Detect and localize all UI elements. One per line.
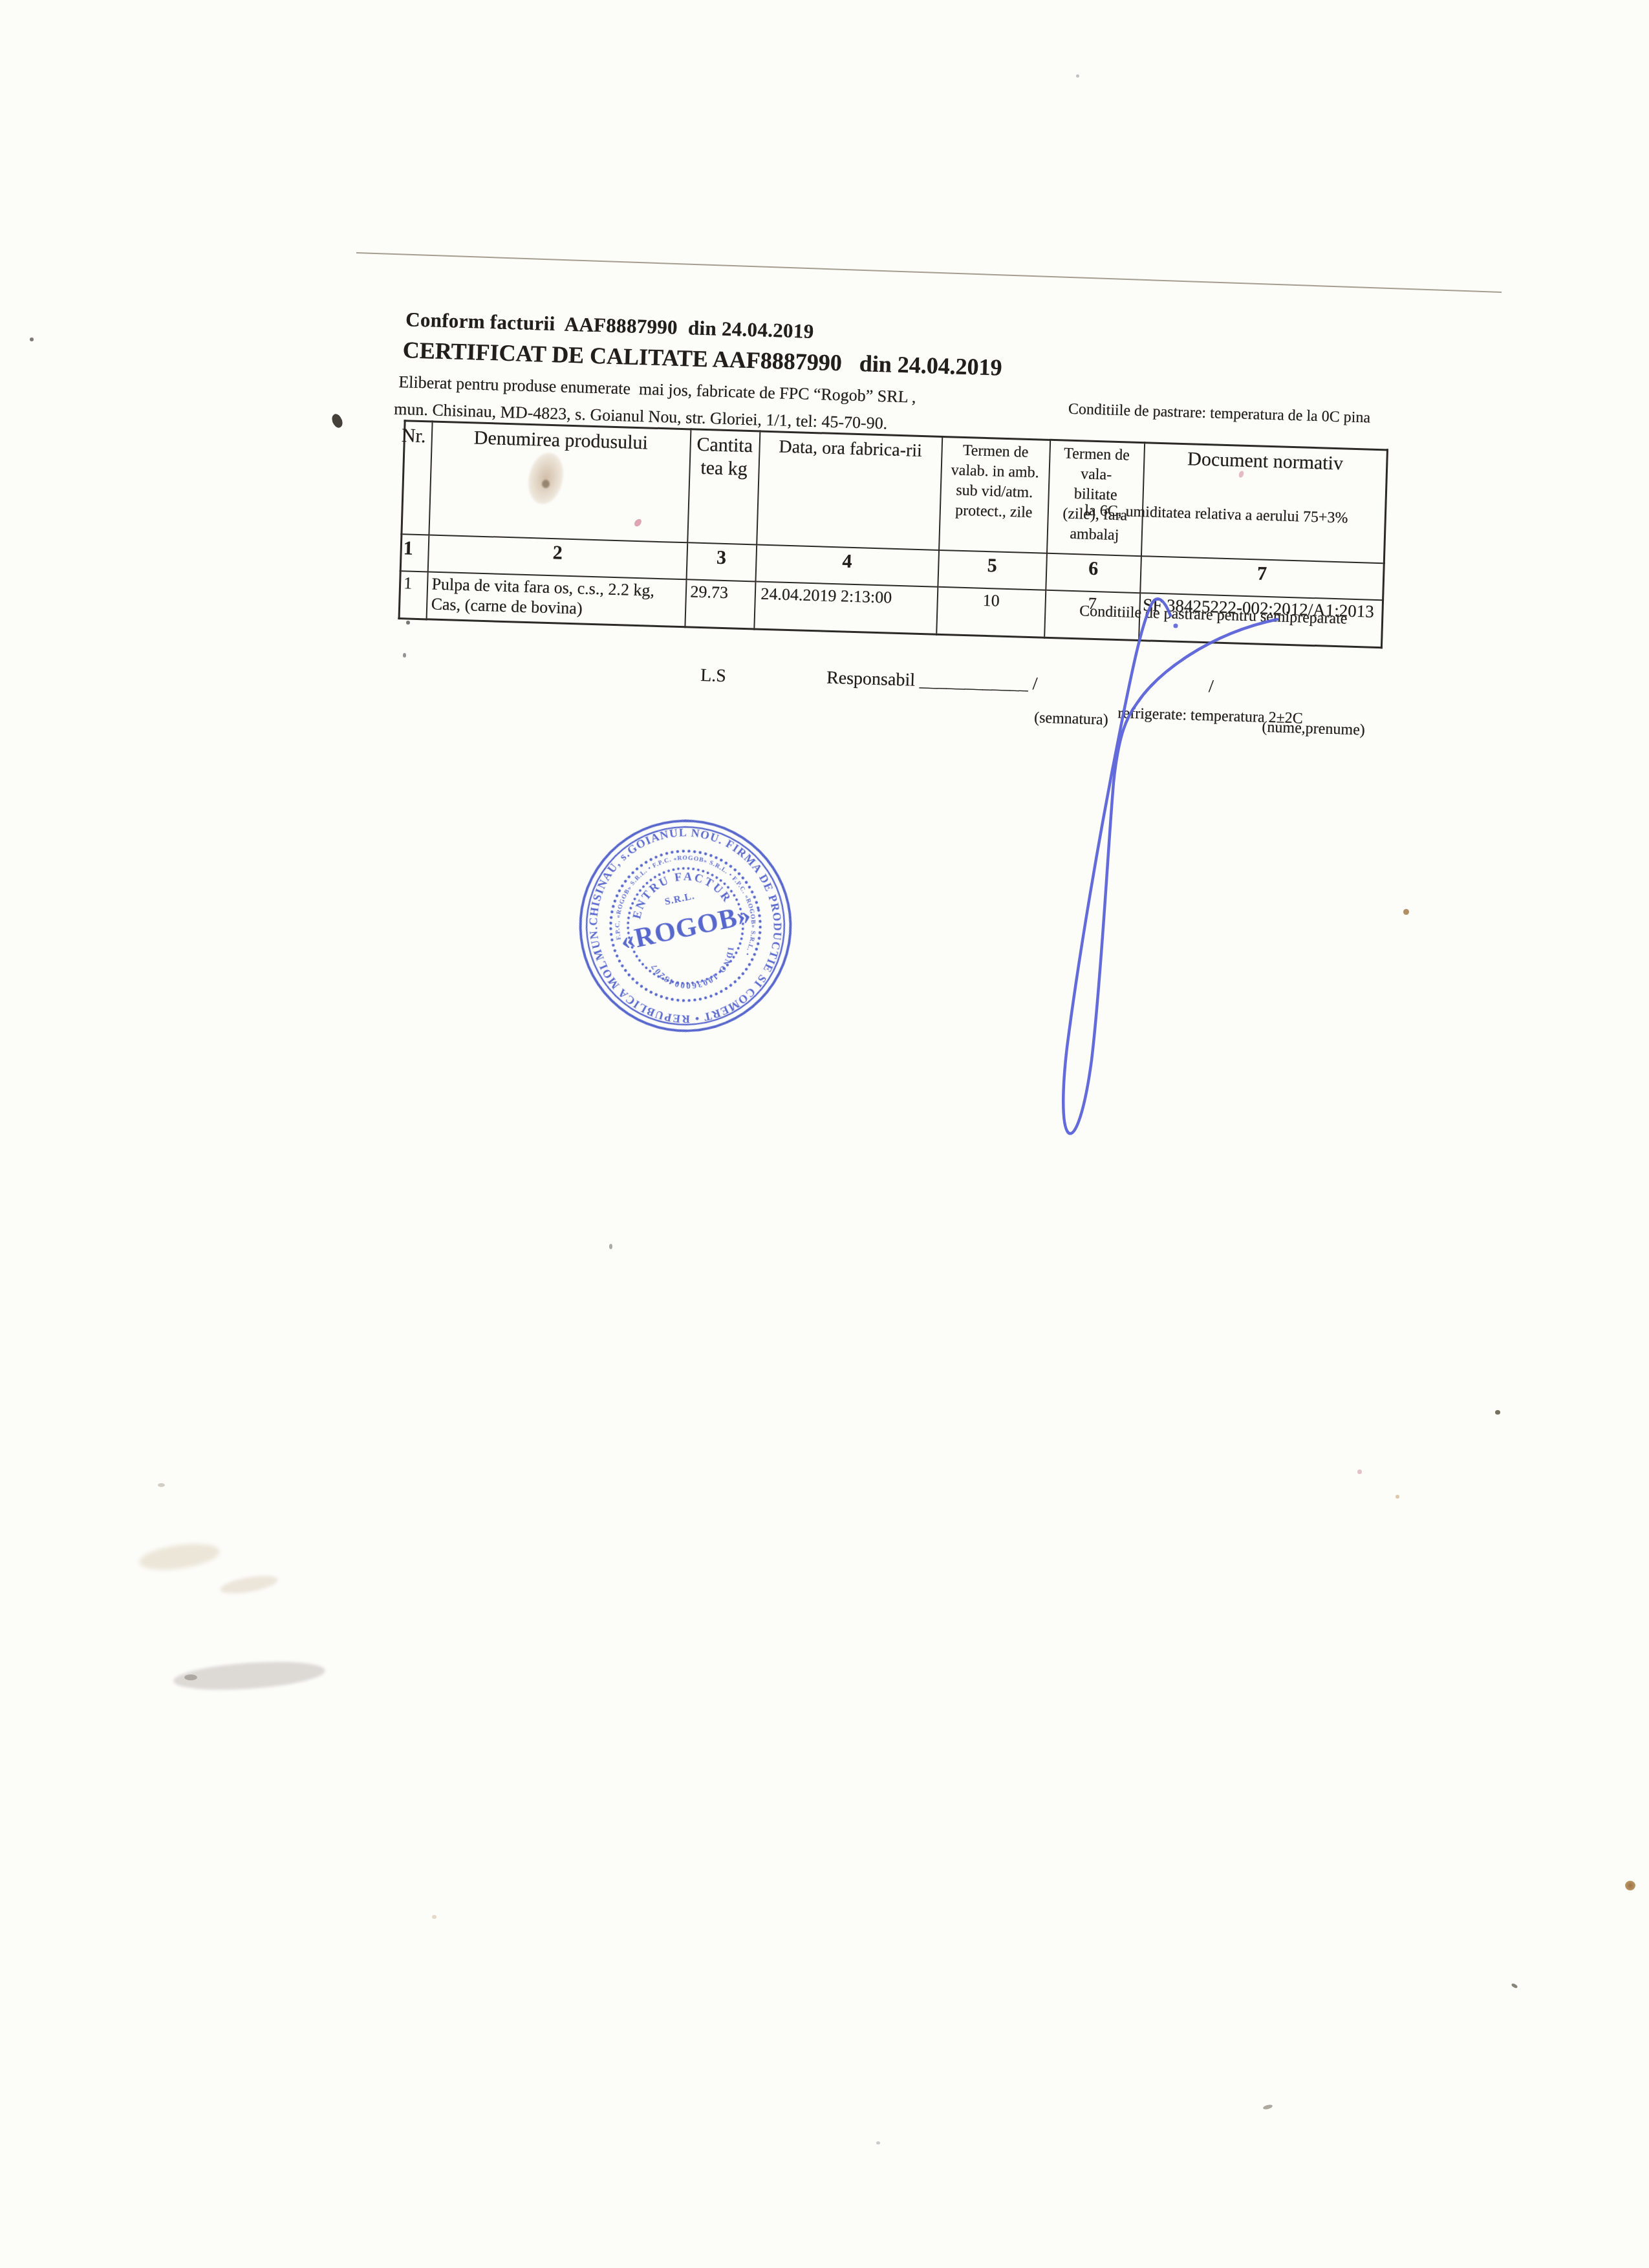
- pink-speck-3: [1357, 1470, 1362, 1474]
- cell-term-vacuum: 10: [936, 586, 1046, 637]
- dark-tick-2: [1511, 1983, 1518, 1989]
- left-edge-dot: [30, 337, 34, 341]
- certificate-title-line: CERTIFICAT DE CALITATE AAF8887990 din 24…: [402, 336, 1002, 381]
- semnatura-label: (semnatura): [1009, 709, 1133, 730]
- speck-under-stamp: [609, 1244, 612, 1249]
- ls-label: L.S: [700, 665, 727, 687]
- tan-smudge-mid: [219, 1572, 279, 1596]
- header-nr: Nr.: [402, 421, 432, 535]
- cell-quantity: 29.73: [685, 579, 755, 629]
- pencil-smudge-band-1: [138, 1539, 221, 1574]
- smudge-fingerprint-core: [542, 480, 550, 488]
- tiny-marks-left: [158, 1483, 165, 1487]
- stamp-srl: S.R.L.: [663, 890, 695, 907]
- margin-dot-2: [403, 653, 406, 658]
- colnum-3: 3: [686, 542, 757, 581]
- tan-dot-1: [1396, 1495, 1399, 1499]
- cell-nr: 1: [399, 571, 427, 619]
- responsabil-line: Responsabil ____________ /: [826, 668, 1038, 695]
- gray-mark-bottom: [1262, 2104, 1273, 2110]
- margin-dot-1: [406, 621, 410, 625]
- cell-normative-doc: SF 38425222-002:2012/A1:2013: [1139, 593, 1383, 648]
- ink-tick: [329, 412, 345, 430]
- faint-dot-bottom: [876, 2141, 880, 2145]
- certificate-document: Conform facturii AAF8887990 din 24.04.20…: [385, 304, 1500, 853]
- cell-product: Pulpa de vita fara os, c.s., 2.2 kg, Cas…: [426, 572, 686, 627]
- colnum-1: 1: [400, 534, 429, 572]
- cell-term-nopack: 7: [1044, 590, 1140, 640]
- brown-blob-right: [1625, 1881, 1635, 1890]
- colnum-6: 6: [1046, 553, 1141, 592]
- top-speck: [1076, 74, 1079, 78]
- header-term-vacuum: Termen de valab. in amb. sub vid/atm. pr…: [939, 436, 1050, 553]
- header-term-nopack: Termen de vala- bilitate (zile), fara am…: [1047, 440, 1145, 555]
- second-slash: /: [1209, 676, 1214, 697]
- brown-speck-right-1: [1403, 909, 1409, 915]
- olive-speck: [1495, 1410, 1500, 1415]
- rogob-round-stamp: MUN.CHISINAU, s.GOIANUL NOU. FIRMA DE PR…: [554, 794, 817, 1058]
- header-nr-label: Nr.: [401, 424, 426, 448]
- header-date: Data, ora fabrica-rii: [757, 431, 942, 550]
- storage-line-1: Conditiile de pastrare: temperatura de l…: [1025, 391, 1414, 436]
- scanned-certificate-page: { "document": { "type_label": "CERTIFICA…: [0, 0, 1649, 2268]
- header-normative-doc: Document normativ: [1141, 443, 1387, 563]
- stamp-idno: IDNO 1003600043207: [648, 945, 742, 999]
- colnum-4: 4: [755, 544, 939, 586]
- header-quantity: Cantita tea kg: [687, 429, 760, 544]
- cell-date: 24.04.2019 2:13:00: [754, 581, 938, 634]
- pencil-smudge-fleck: [184, 1674, 197, 1680]
- colnum-5: 5: [938, 550, 1047, 590]
- faint-tan-dot: [432, 1915, 436, 1919]
